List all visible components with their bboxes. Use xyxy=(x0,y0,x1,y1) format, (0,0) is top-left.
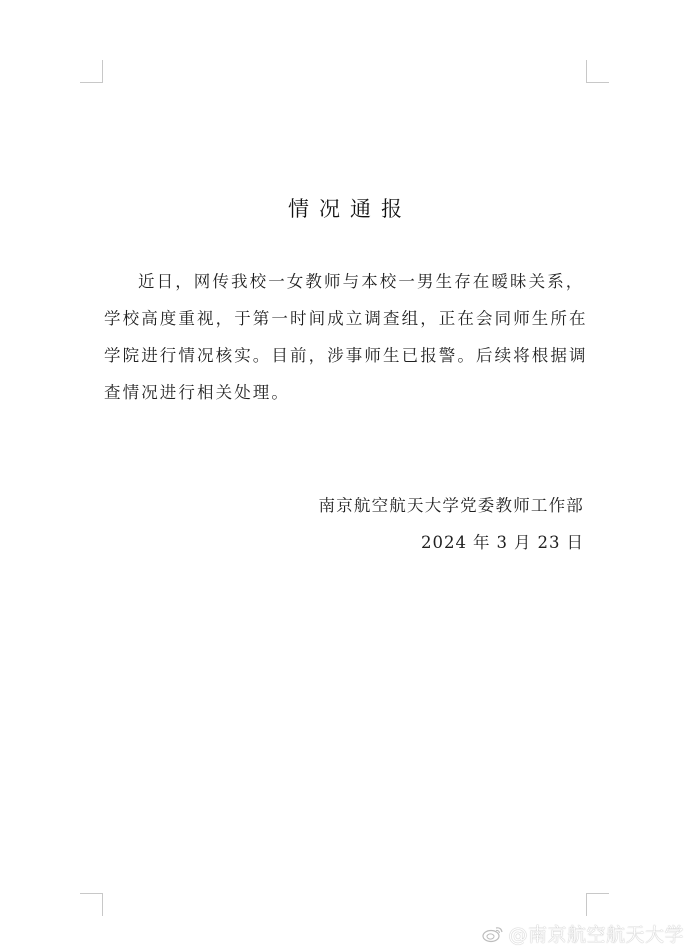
crop-mark-top-left xyxy=(80,60,103,83)
issuing-organization: 南京航空航天大学党委教师工作部 xyxy=(319,487,585,524)
body-line: 近日，网传我校一女教师与本校一男生存在暧昧关系， xyxy=(104,263,588,300)
weibo-icon xyxy=(482,925,504,943)
crop-mark-bottom-left xyxy=(80,893,103,916)
crop-mark-top-right xyxy=(586,60,609,83)
body-line: 学院进行情况核实。目前，涉事师生已报警。后续将根据调 xyxy=(104,337,588,374)
document-body: 近日，网传我校一女教师与本校一男生存在暧昧关系， 学校高度重视，于第一时间成立调… xyxy=(104,263,588,411)
date-month-unit: 月 xyxy=(514,533,532,552)
date-year-unit: 年 xyxy=(473,533,491,552)
date-year: 2024 xyxy=(421,533,467,552)
signature-block: 南京航空航天大学党委教师工作部 2024年3月23日 xyxy=(319,487,585,561)
body-line: 查情况进行相关处理。 xyxy=(104,374,588,411)
weibo-watermark: @南京航空航天大学 xyxy=(482,920,684,947)
date-day: 23 xyxy=(538,533,561,552)
date-day-unit: 日 xyxy=(567,533,585,552)
issue-date: 2024年3月23日 xyxy=(319,524,585,561)
document-page: 情况通报 近日，网传我校一女教师与本校一男生存在暧昧关系， 学校高度重视，于第一… xyxy=(0,0,690,951)
date-month: 3 xyxy=(497,533,509,552)
crop-mark-bottom-right xyxy=(586,893,609,916)
body-line: 学校高度重视，于第一时间成立调查组，正在会同师生所在 xyxy=(104,300,588,337)
document-title: 情况通报 xyxy=(0,193,690,223)
watermark-text: @南京航空航天大学 xyxy=(508,920,684,947)
